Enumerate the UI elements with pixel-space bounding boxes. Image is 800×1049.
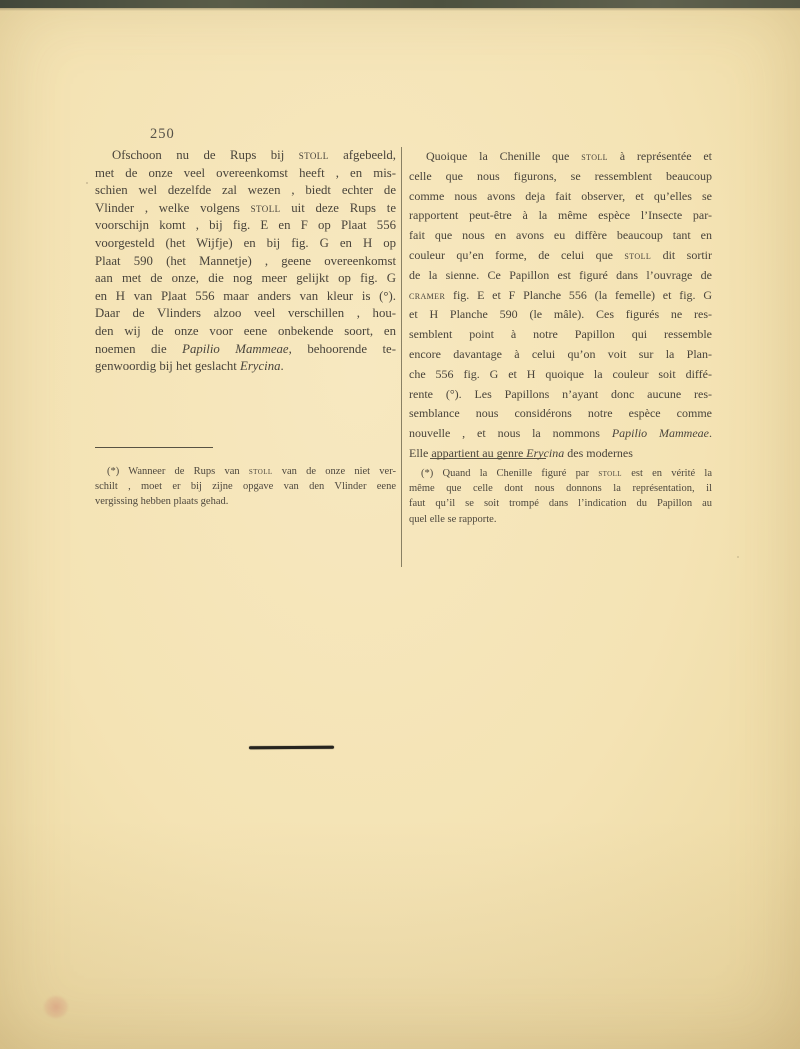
text-line: den wij de onze voor eene onbekende soor… bbox=[95, 323, 396, 341]
text-line: nouvelle , et nous la nommons Papilio Ma… bbox=[409, 424, 712, 444]
text-line: voorschijn komt , bij fig. E en F op Pla… bbox=[95, 217, 396, 235]
text-line: celle que nous figurons, se ressemblent … bbox=[409, 167, 712, 187]
scan-top-edge-shadow bbox=[0, 8, 800, 11]
footnote-separator-left bbox=[95, 447, 213, 448]
text-line: et H Planche 590 (le mâle). Ces figurés … bbox=[409, 305, 712, 325]
ink-smudge-mark bbox=[249, 746, 334, 750]
column-divider-rule bbox=[401, 147, 402, 567]
dutch-text-column: Ofschoon nu de Rups bij stoll afgebeeld,… bbox=[95, 147, 396, 376]
text-line: Vlinder , welke volgens stoll uit deze R… bbox=[95, 200, 396, 218]
text-line: schilt , moet er bij zijne opgave van de… bbox=[95, 479, 396, 494]
paper-speck bbox=[737, 556, 739, 558]
text-line: (*) Quand la Chenille figuré par stoll e… bbox=[409, 466, 712, 481]
french-text-column: Quoique la Chenille que stoll à représen… bbox=[409, 147, 712, 464]
text-line: semblent point à notre Papillon qui ress… bbox=[409, 325, 712, 345]
text-line: vergissing hebben plaats gehad. bbox=[95, 494, 396, 509]
text-line: met de onze veel overeenkomst heeft , en… bbox=[95, 165, 396, 183]
footnote-dutch: (*) Wanneer de Rups van stoll van de onz… bbox=[95, 464, 396, 510]
text-line: noemen die Papilio Mammeae, behoorende t… bbox=[95, 341, 396, 359]
text-line: cramer fig. E et F Planche 556 (la femel… bbox=[409, 286, 712, 306]
text-line: Quoique la Chenille que stoll à représen… bbox=[409, 147, 712, 167]
text-line: même que celle dont nous donnons la repr… bbox=[409, 481, 712, 496]
paper-speck bbox=[168, 299, 170, 301]
text-line: comme nous avons deja fait observer, et … bbox=[409, 187, 712, 207]
text-line: rapportent peut-être à la même espèce l’… bbox=[409, 206, 712, 226]
text-line: couleur qu’en forme, de celui que stoll … bbox=[409, 246, 712, 266]
text-line: Elle appartient au genre Erycina des mod… bbox=[409, 444, 712, 464]
scan-top-edge bbox=[0, 0, 800, 8]
footnote-separator-right bbox=[430, 458, 546, 459]
text-line: en H van Plaat 556 maar anders van kleur… bbox=[95, 288, 396, 306]
text-line: encore davantage à celui qu’on voit sur … bbox=[409, 345, 712, 365]
text-line: fait que nous en avons eu diffère beauco… bbox=[409, 226, 712, 246]
text-line: rente (°). Les Papillons n’ayant donc au… bbox=[409, 385, 712, 405]
text-line: schien wel dezelfde zal wezen , biedt ec… bbox=[95, 182, 396, 200]
text-line: de la sienne. Ce Papillon est figuré dan… bbox=[409, 266, 712, 286]
text-line: quel elle se rapporte. bbox=[409, 512, 712, 527]
text-line: Daar de Vlinders alzoo veel verschillen … bbox=[95, 305, 396, 323]
text-line: semblance nous considérons notre espèce … bbox=[409, 404, 712, 424]
footnote-french: (*) Quand la Chenille figuré par stoll e… bbox=[409, 466, 712, 527]
text-line: (*) Wanneer de Rups van stoll van de onz… bbox=[95, 464, 396, 479]
text-line: faut qu’il se soit trompé dans l’indicat… bbox=[409, 496, 712, 511]
text-line: Ofschoon nu de Rups bij stoll afgebeeld, bbox=[95, 147, 396, 165]
paper-stain bbox=[44, 996, 68, 1018]
book-page-scan: 250 Ofschoon nu de Rups bij stoll afgebe… bbox=[0, 0, 800, 1049]
text-line: Plaat 590 (het Mannetje) , geene overeen… bbox=[95, 253, 396, 271]
text-line: che 556 fig. G et H quoique la couleur s… bbox=[409, 365, 712, 385]
paper-speck bbox=[86, 182, 88, 184]
text-line: aan met de onze, die nog meer gelijkt op… bbox=[95, 270, 396, 288]
text-line: voorgesteld (het Wijfje) en bij fig. G e… bbox=[95, 235, 396, 253]
page-number: 250 bbox=[150, 126, 175, 143]
text-line: genwoordig bij het geslacht Erycina. bbox=[95, 358, 396, 376]
